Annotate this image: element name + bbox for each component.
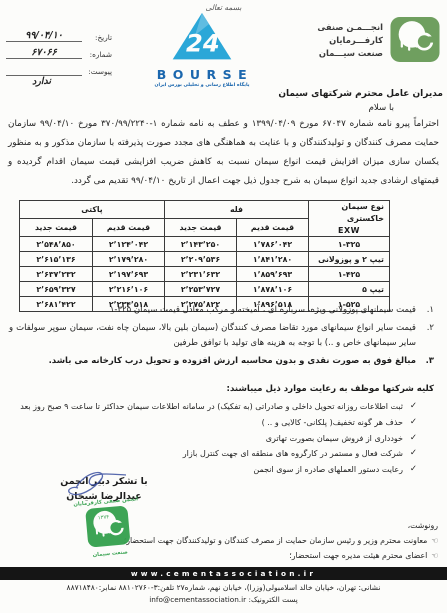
cell-bag-new: ۲٬۶۳۷٬۲۳۲ — [20, 267, 93, 282]
check-item: ✓ ثبت اطلاعات روزانه تحویل داخلی و صادرا… — [8, 399, 417, 415]
letter-meta: تاریخ: ۹۹/۰۴/۱۰ شماره: ۶۷۰۶۶ پیوست: ندار… — [6, 27, 112, 78]
cell-type: ⁦۱-۴۲۵⁩ — [309, 267, 390, 282]
association-name-line: صنعت سیـــمان — [317, 47, 383, 60]
table-row: ⁦۱-۴۲۵⁩ ۱٬۸۵۹٬۶۹۳ ۲٬۲۳۱٬۶۳۲ ۲٬۱۹۷٬۶۹۳ ۲٬… — [20, 267, 390, 282]
email-label: پست الکترونیک: — [249, 595, 298, 604]
cell-bulk-new: ۲٬۱۴۳٬۲۵۰ — [165, 237, 237, 252]
bulk-new-header: قیمت جدید — [165, 219, 237, 237]
copy-text: اعضای محترم هیئت مدیره جهت استحضار؛ — [289, 548, 427, 563]
signature-title: با تشکر دبیر انجمن — [44, 474, 164, 489]
attachment-value: ندارد — [32, 76, 51, 88]
email-value: info@cementassociation.ir — [149, 595, 246, 604]
check-text: خودداری از فروش سیمان بصورت تهاتری — [8, 431, 403, 447]
bourse-caption: پایگاه اطلاع رسانی و تحلیلی بورس ایران — [146, 83, 258, 88]
note-item: ۱. قیمت سیمانهای پوزولانی ویژه، سرباره ا… — [9, 303, 434, 319]
cell-bulk-old: ۱٬۷۸۶٬۰۴۲ — [237, 237, 309, 252]
note-number: ۱. — [416, 303, 434, 319]
cell-bag-old: ۲٬۱۷۹٬۲۸۰ — [93, 252, 165, 267]
association-header: انجـــمـن صنفی کارفـــرمایان صنعت سیـــم… — [317, 16, 441, 63]
bourse-wordmark: BOURSE — [146, 67, 258, 82]
obligations-checklist: ✓ ثبت اطلاعات روزانه تحویل داخلی و صادرا… — [8, 399, 417, 478]
bourse-number: 24 — [186, 30, 220, 58]
meta-attachment-row: پیوست: — [6, 61, 112, 76]
cell-bulk-new: ۲٬۲۵۳٬۷۲۷ — [165, 282, 237, 297]
association-stamp: انجمن صنفی کارفرمایان ۱۳۷۴ صنعت سیمان — [58, 495, 159, 562]
table-row: ⁦۱-۳۲۵⁩ ۱٬۷۸۶٬۰۴۲ ۲٬۱۴۳٬۲۵۰ ۲٬۱۲۴٬۰۴۲ ۲٬… — [20, 237, 390, 252]
copies-block: رونوشت، ☜ معاونت محترم وزیر و رئیس سازما… — [124, 518, 438, 563]
cell-bag-new: ۲٬۶۵۹٬۳۲۷ — [20, 282, 93, 297]
cell-bulk-new: ۲٬۲۳۱٬۶۳۲ — [165, 267, 237, 282]
cell-bulk-new: ۲٬۲۰۹٬۵۳۶ — [165, 252, 237, 267]
copy-item: ☜ معاونت محترم وزیر و رئیس سازمان حمایت … — [124, 533, 438, 548]
meta-date-row: تاریخ: ۹۹/۰۴/۱۰ — [6, 27, 112, 42]
association-name-line: کارفـــرمایان — [317, 34, 383, 47]
cell-bag-old: ۲٬۱۲۴٬۰۴۲ — [93, 237, 165, 252]
stamp-year: ۱۳۷۴ — [98, 514, 110, 521]
salutation: با سلام — [369, 103, 394, 113]
cell-bulk-old: ۱٬۸۷۸٬۱۰۶ — [237, 282, 309, 297]
address-line: نشانی: تهران، خیابان خالد اسلامبولی(وزرا… — [0, 583, 447, 592]
checkmark-icon: ✓ — [408, 431, 417, 447]
association-name-line: انجـــمـن صنفی — [317, 21, 383, 34]
type-header-text: نوع سیمان خاکستری — [309, 201, 389, 225]
note-number: ۲. — [416, 321, 434, 352]
check-text: حذف هر گونه تخفیف( پلکانی- کالایی و .. ) — [8, 415, 403, 431]
association-logo-icon — [389, 16, 441, 63]
association-name: انجـــمـن صنفی کارفـــرمایان صنعت سیـــم… — [317, 16, 383, 60]
pointing-hand-icon: ☜ — [431, 533, 438, 548]
bismillah-text: بسمه تعالی — [0, 3, 447, 12]
copies-heading: رونوشت، — [124, 518, 438, 533]
number-value: ۶۷۰۶۶ — [6, 47, 82, 59]
note-item: ۳. مبالغ فوق به صورت نقدی و بدون محاسبه … — [9, 354, 434, 370]
bag-group-header: پاکتی — [20, 201, 165, 219]
checkmark-icon: ✓ — [408, 462, 417, 478]
email-line: پست الکترونیک: info@cementassociation.ir — [0, 595, 447, 604]
note-number: ۳. — [416, 354, 434, 370]
check-item: ✓ خودداری از فروش سیمان بصورت تهاتری — [8, 431, 417, 447]
note-text: قیمت سایر انواع سیمانهای مورد تقاضا مصرف… — [9, 321, 416, 352]
cell-bulk-old: ۱٬۸۵۹٬۶۹۳ — [237, 267, 309, 282]
cell-bag-old: ۲٬۱۹۷٬۶۹۳ — [93, 267, 165, 282]
exw-label: EXW — [309, 225, 389, 236]
obligations-heading: کلیه شرکتها موظف به رعایت موارد ذیل میبا… — [227, 384, 434, 394]
cell-bulk-old: ۱٬۸۴۱٬۲۸۰ — [237, 252, 309, 267]
cell-type: ⁦۱-۳۲۵⁩ — [309, 237, 390, 252]
cell-bag-new: ۲٬۵۴۸٬۸۵۰ — [20, 237, 93, 252]
meta-number-row: شماره: ۶۷۰۶۶ — [6, 44, 112, 59]
attachment-line — [6, 65, 82, 76]
cell-type: تیپ ۵ — [309, 282, 390, 297]
date-label: تاریخ: — [82, 33, 112, 42]
table-row: تیپ ۵ ۱٬۸۷۸٬۱۰۶ ۲٬۲۵۳٬۷۲۷ ۲٬۲۱۶٬۱۰۶ ۲٬۶۵… — [20, 282, 390, 297]
note-item: ۲. قیمت سایر انواع سیمانهای مورد تقاضا م… — [9, 321, 434, 352]
bulk-group-header: فله — [165, 201, 309, 219]
attachment-label: پیوست: — [82, 67, 112, 76]
check-item: ✓ شرکت فعال و مستمر در کارگروه های منطقه… — [8, 446, 417, 462]
copy-text: معاونت محترم وزیر و رئیس سازمان حمایت از… — [124, 533, 428, 548]
date-value: ۹۹/۰۴/۱۰ — [6, 30, 82, 42]
number-label: شماره: — [82, 50, 112, 59]
note-text: مبالغ فوق به صورت نقدی و بدون محاسبه ارز… — [9, 354, 416, 370]
letter-page: بسمه تعالی تاریخ: ۹۹/۰۴/۱۰ شماره: ۶۷۰۶۶ … — [0, 0, 447, 613]
bourse-logo: 24 BOURSE پایگاه اطلاع رسانی و تحلیلی بو… — [146, 12, 258, 88]
letter-body: احتراماً پیرو نامه شماره ۶۷۰۴۷ مورخ ۱۳۹۹… — [8, 115, 439, 191]
cell-bag-old: ۲٬۲۱۶٬۱۰۶ — [93, 282, 165, 297]
checkmark-icon: ✓ — [408, 399, 417, 415]
cell-bag-new: ۲٬۶۱۵٬۱۳۶ — [20, 252, 93, 267]
checkmark-icon: ✓ — [408, 415, 417, 431]
bourse-triangle-icon: 24 — [171, 12, 233, 62]
check-text: شرکت فعال و مستمر در کارگروه های منطقه ا… — [8, 446, 403, 462]
checkmark-icon: ✓ — [408, 446, 417, 462]
price-table: نوع سیمان خاکستری EXW فله پاکتی قیمت قدی… — [19, 200, 390, 312]
bulk-old-header: قیمت قدیم — [237, 219, 309, 237]
table-row: تیپ ۲ و پوزولانی ۱٬۸۴۱٬۲۸۰ ۲٬۲۰۹٬۵۳۶ ۲٬۱… — [20, 252, 390, 267]
type-column-header: نوع سیمان خاکستری EXW — [309, 201, 390, 237]
copy-item: ☜ اعضای محترم هیئت مدیره جهت استحضار؛ — [124, 548, 438, 563]
cell-type: تیپ ۲ و پوزولانی — [309, 252, 390, 267]
notes-list: ۱. قیمت سیمانهای پوزولانی ویژه، سرباره ا… — [9, 303, 434, 371]
stamp-logo-icon: ۱۳۷۴ — [84, 504, 131, 549]
website-text: www.cementassociation.ir — [131, 569, 316, 578]
website-bar: www.cementassociation.ir — [0, 567, 447, 580]
note-text: قیمت سیمانهای پوزولانی ویژه، سرباره ای ،… — [9, 303, 416, 319]
recipient-title: مدیران عامل محترم شرکتهای سیمان — [278, 89, 443, 99]
bag-old-header: قیمت قدیم — [93, 219, 165, 237]
bag-new-header: قیمت جدید — [20, 219, 93, 237]
check-text: ثبت اطلاعات روزانه تحویل داخلی و صادراتی… — [8, 399, 403, 415]
check-item: ✓ حذف هر گونه تخفیف( پلکانی- کالایی و ..… — [8, 415, 417, 431]
pointing-hand-icon: ☜ — [431, 548, 438, 563]
